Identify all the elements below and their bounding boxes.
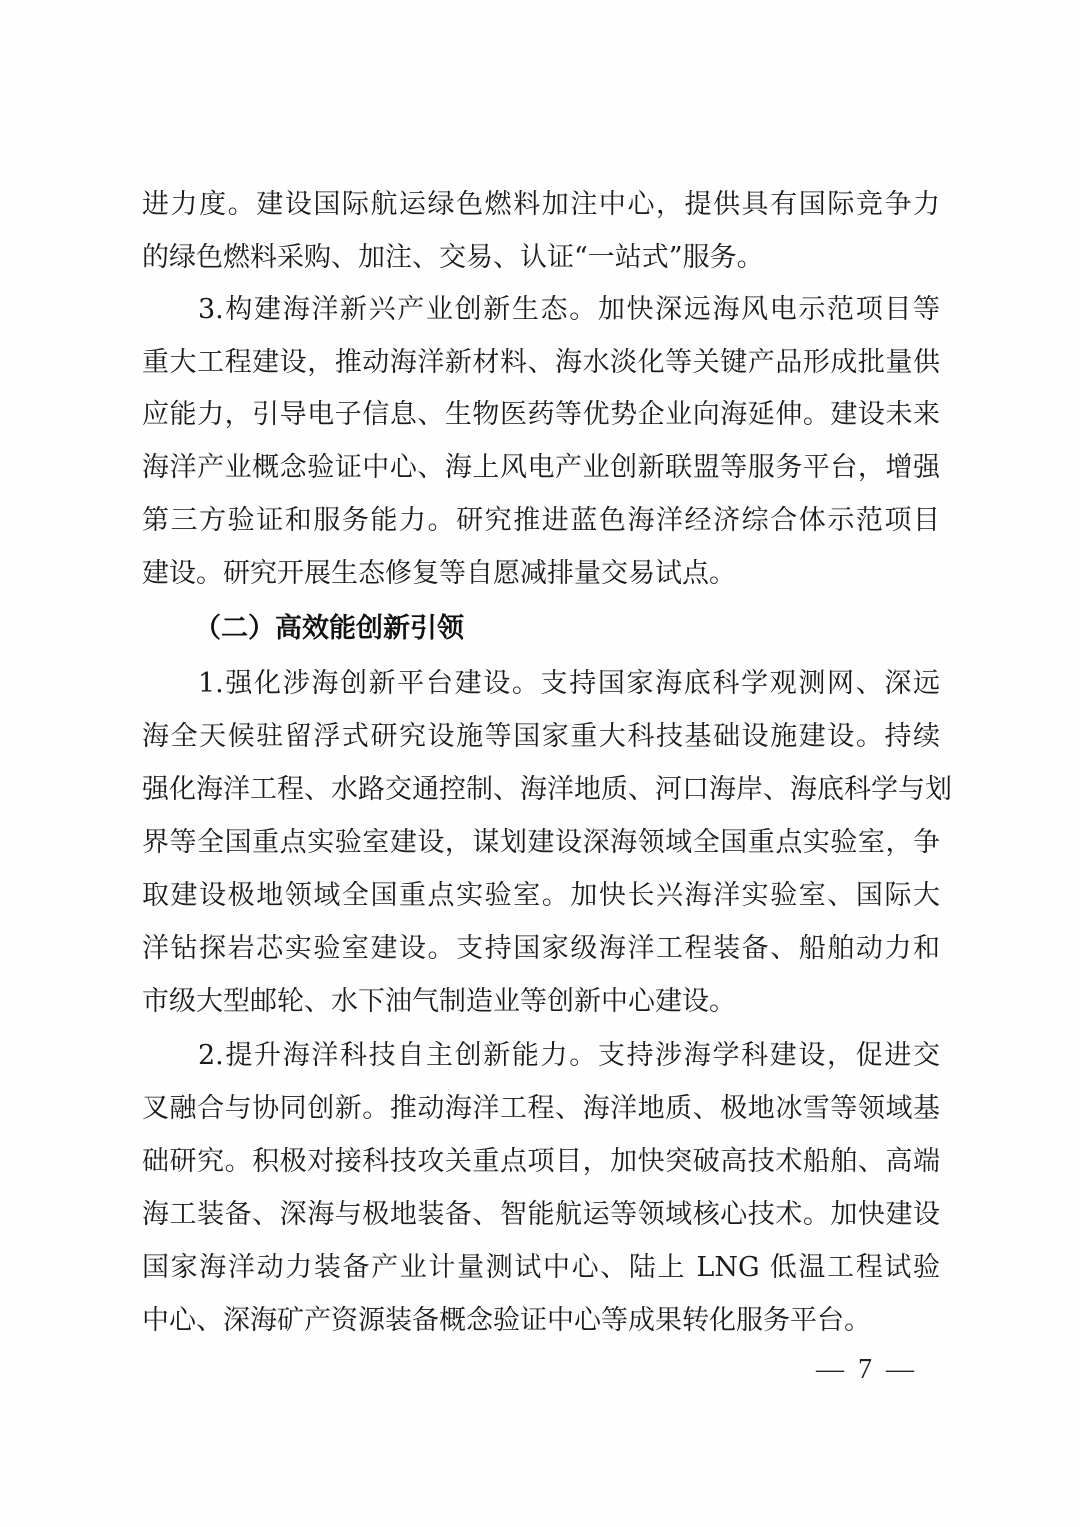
text-line: 进力度。建设国际航运绿色燃料加注中心，提供具有国际竞争力 <box>142 185 940 225</box>
text-line: 建设。研究开展生态修复等自愿减排量交易试点。 <box>142 554 940 594</box>
text-line: 的绿色燃料采购、加注、交易、认证“一站式”服务。 <box>142 238 940 278</box>
text-line: 取建设极地领域全国重点实验室。加快长兴海洋实验室、国际大 <box>142 876 940 916</box>
text-line: 市级大型邮轮、水下油气制造业等创新中心建设。 <box>142 982 940 1022</box>
text-line: 洋钻探岩芯实验室建设。支持国家级海洋工程装备、船舶动力和 <box>142 929 940 969</box>
document-page: 进力度。建设国际航运绿色燃料加注中心，提供具有国际竞争力 的绿色燃料采购、加注、… <box>0 0 1080 1527</box>
text-line: 叉融合与协同创新。推动海洋工程、海洋地质、极地冰雪等领域基 <box>142 1089 940 1129</box>
text-line: 国家海洋动力装备产业计量测试中心、陆上 LNG 低温工程试验 <box>142 1248 940 1288</box>
page-number: — 7 — <box>810 1352 920 1388</box>
paragraph-start-line: 1.强化涉海创新平台建设。支持国家海底科学观测网、深远 <box>198 664 940 704</box>
text-line: 第三方验证和服务能力。研究推进蓝色海洋经济综合体示范项目 <box>142 501 940 541</box>
text-line: 础研究。积极对接科技攻关重点项目，加快突破高技术船舶、高端 <box>142 1142 940 1182</box>
text-line: 强化海洋工程、水路交通控制、海洋地质、河口海岸、海底科学与划 <box>142 770 940 810</box>
paragraph-start-line: 2.提升海洋科技自主创新能力。支持涉海学科建设，促进交 <box>198 1036 940 1076</box>
paragraph-start-line: 3.构建海洋新兴产业创新生态。加快深远海风电示范项目等 <box>198 290 940 330</box>
text-line: 重大工程建设，推动海洋新材料、海水淡化等关键产品形成批量供 <box>142 343 940 383</box>
text-line: 中心、深海矿产资源装备概念验证中心等成果转化服务平台。 <box>142 1301 940 1341</box>
text-line: 应能力，引导电子信息、生物医药等优势企业向海延伸。建设未来 <box>142 395 940 435</box>
text-line: 界等全国重点实验室建设，谋划建设深海领域全国重点实验室，争 <box>142 823 940 863</box>
text-line: 海工装备、深海与极地装备、智能航运等领域核心技术。加快建设 <box>142 1195 940 1235</box>
text-line: 海全天候驻留浮式研究设施等国家重大科技基础设施建设。持续 <box>142 717 940 757</box>
text-line: 海洋产业概念验证中心、海上风电产业创新联盟等服务平台，增强 <box>142 448 940 488</box>
section-heading: （二）高效能创新引领 <box>194 609 936 649</box>
